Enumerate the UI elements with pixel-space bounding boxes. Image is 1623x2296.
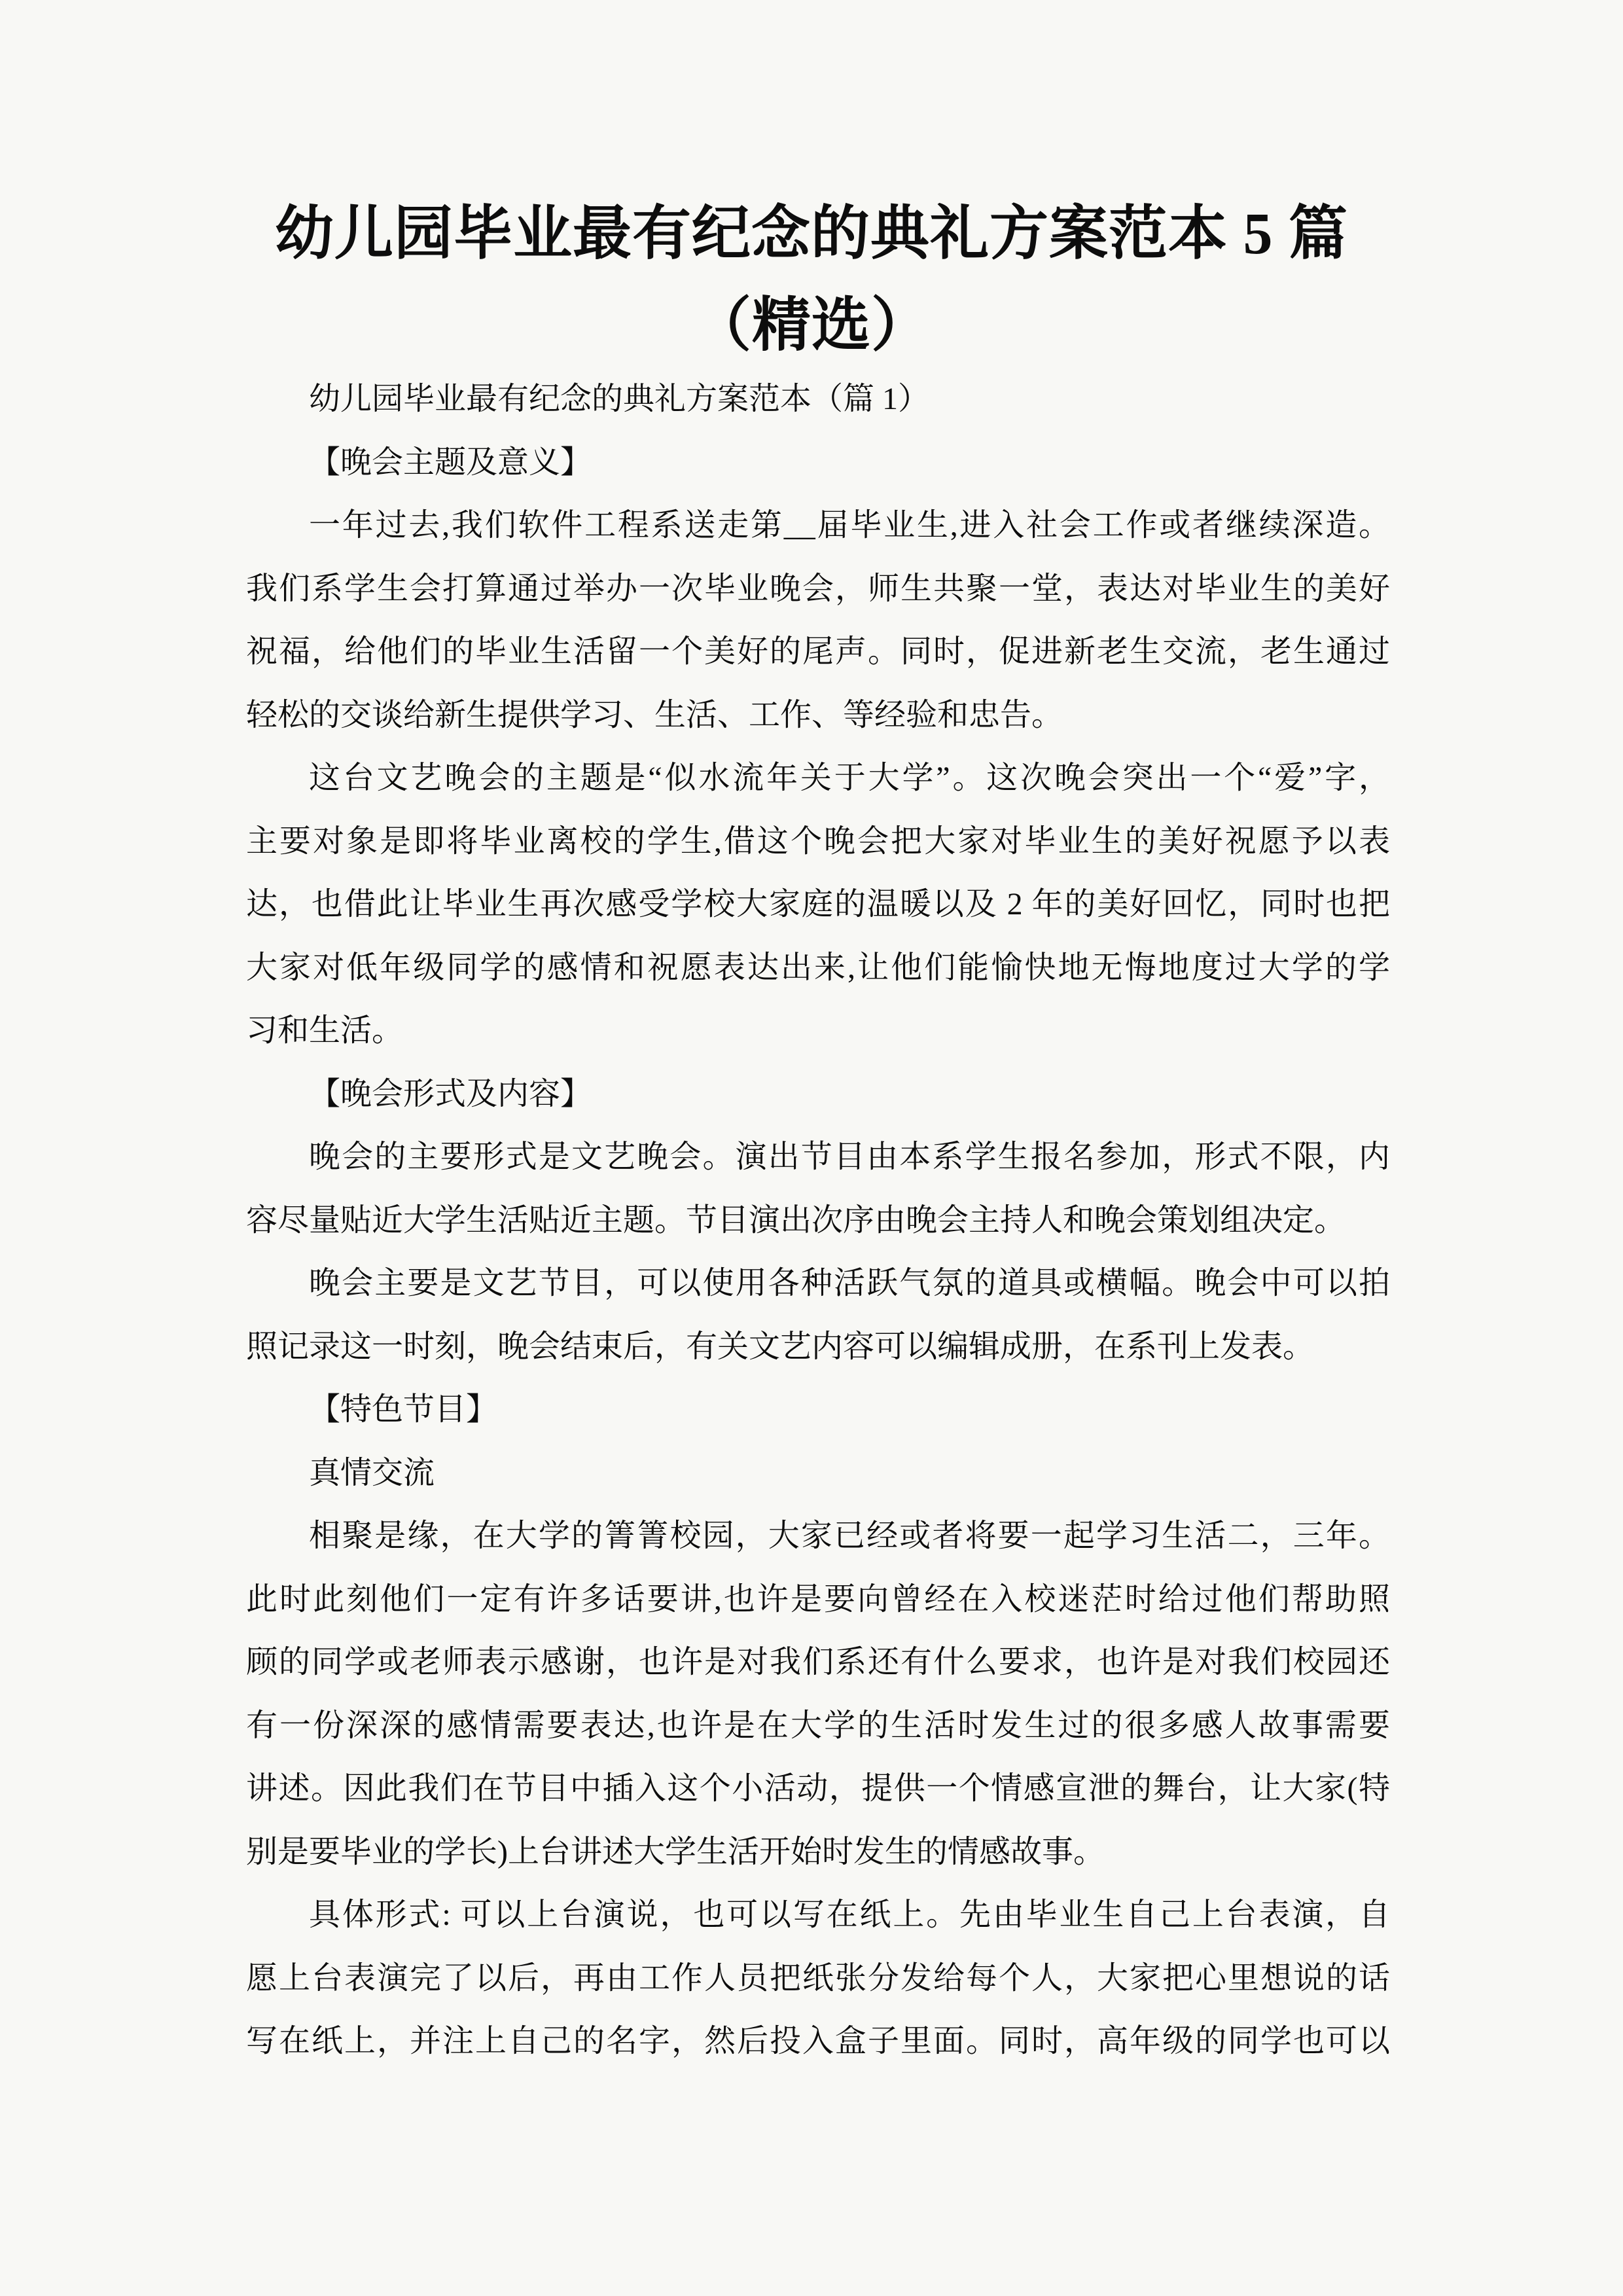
body-line: 一年过去,我们软件工程系送走第__届毕业生,进入社会工作或者继续深造。 bbox=[246, 494, 1390, 558]
body-line: 相聚是缘，在大学的箐箐校园，大家已经或者将要一起学习生活二，三年。 bbox=[246, 1505, 1390, 1568]
body-line: 我们系学生会打算通过举办一次毕业晚会，师生共聚一堂，表达对毕业生的美好 bbox=[246, 558, 1390, 621]
body-line: 写在纸上，并注上自己的名字，然后投入盒子里面。同时，高年级的同学也可以 bbox=[246, 2010, 1390, 2073]
body-line: 祝福，给他们的毕业生活留一个美好的尾声。同时，促进新老生交流，老生通过 bbox=[246, 620, 1390, 684]
body-line: 习和生活。 bbox=[246, 999, 1390, 1063]
body-line: 别是要毕业的学长)上台讲述大学生活开始时发生的情感故事。 bbox=[246, 1821, 1390, 1884]
body-line: 顾的同学或老师表示感谢，也许是对我们系还有什么要求，也许是对我们校园还 bbox=[246, 1631, 1390, 1695]
body-line: 这台文艺晚会的主题是“似水流年关于大学”。这次晚会突出一个“爱”字， bbox=[246, 747, 1390, 810]
body-line: 达，也借此让毕业生再次感受学校大家庭的温暖以及 2 年的美好回忆，同时也把 bbox=[246, 873, 1390, 937]
body-line: 有一份深深的感情需要表达,也许是在大学的生活时发生过的很多感人故事需要 bbox=[246, 1695, 1390, 1758]
body-line: 轻松的交谈给新生提供学习、生活、工作、等经验和忠告。 bbox=[246, 684, 1390, 747]
body-line: 晚会主要是文艺节目，可以使用各种活跃气氛的道具或横幅。晚会中可以拍 bbox=[246, 1252, 1390, 1316]
body-line: 【晚会主题及意义】 bbox=[246, 431, 1390, 495]
document-title: 幼儿园毕业最有纪念的典礼方案范本 5 篇 （精选） bbox=[0, 188, 1623, 372]
body-line: 照记录这一时刻，晚会结束后，有关文艺内容可以编辑成册，在系刊上发表。 bbox=[246, 1316, 1390, 1379]
body-line: 讲述。因此我们在节目中插入这个小活动，提供一个情感宣泄的舞台，让大家(特 bbox=[246, 1757, 1390, 1821]
body-line: 愿上台表演完了以后，再由工作人员把纸张分发给每个人，大家把心里想说的话 bbox=[246, 1947, 1390, 2011]
body-line: 主要对象是即将毕业离校的学生,借这个晚会把大家对毕业生的美好祝愿予以表 bbox=[246, 810, 1390, 874]
body-line: 晚会的主要形式是文艺晚会。演出节目由本系学生报名参加，形式不限，内 bbox=[246, 1126, 1390, 1189]
document-page: 幼儿园毕业最有纪念的典礼方案范本 5 篇 （精选） 幼儿园毕业最有纪念的典礼方案… bbox=[0, 0, 1623, 2296]
title-line-1: 幼儿园毕业最有纪念的典礼方案范本 5 篇 bbox=[0, 188, 1623, 280]
body-line: 真情交流 bbox=[246, 1442, 1390, 1505]
body-line: 容尽量贴近大学生活贴近主题。节目演出次序由晚会主持人和晚会策划组决定。 bbox=[246, 1189, 1390, 1253]
body-line: 大家对低年级同学的感情和祝愿表达出来,让他们能愉快地无悔地度过大学的学 bbox=[246, 937, 1390, 1000]
body-line: 幼儿园毕业最有纪念的典礼方案范本（篇 1） bbox=[246, 368, 1390, 431]
document-body: 幼儿园毕业最有纪念的典礼方案范本（篇 1）【晚会主题及意义】一年过去,我们软件工… bbox=[246, 368, 1390, 2073]
body-line: 【晚会形式及内容】 bbox=[246, 1063, 1390, 1126]
body-line: 具体形式: 可以上台演说，也可以写在纸上。先由毕业生自己上台表演，自 bbox=[246, 1884, 1390, 1947]
body-line: 【特色节目】 bbox=[246, 1378, 1390, 1442]
body-line: 此时此刻他们一定有许多话要讲,也许是要向曾经在入校迷茫时给过他们帮助照 bbox=[246, 1568, 1390, 1632]
title-line-2: （精选） bbox=[0, 280, 1623, 372]
